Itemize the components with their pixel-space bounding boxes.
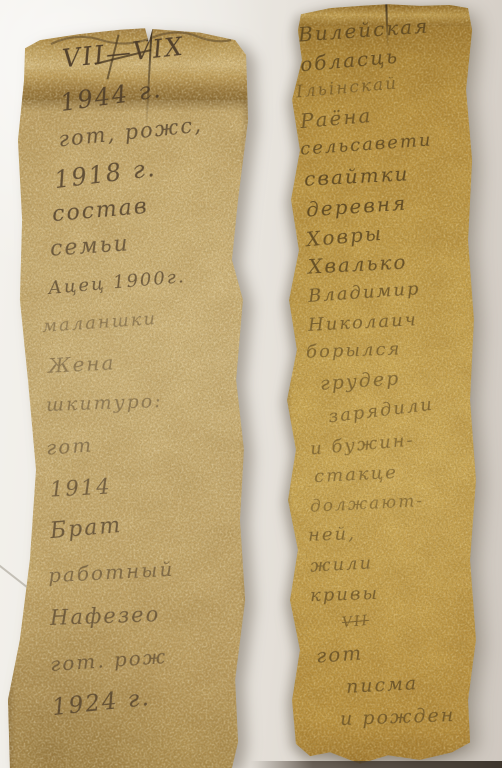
left-paper-strip: VII—VIX 1944 г. гот, рожс, 1918 г. соста… xyxy=(6,26,250,768)
handwritten-line-crossed-out: VII xyxy=(341,613,369,631)
right-paper-strip: Вилейская обласць Ільінскай Раёна сельса… xyxy=(282,2,484,766)
handwritten-line: и рожден xyxy=(340,704,456,730)
handwritten-line: борылся xyxy=(306,338,402,362)
right-paper: Вилейская обласць Ільінскай Раёна сельса… xyxy=(282,2,484,766)
handwritten-line: ней, xyxy=(308,523,357,546)
handwritten-line: писма xyxy=(345,672,418,698)
left-paper: VII—VIX 1944 г. гот, рожс, 1918 г. соста… xyxy=(6,26,250,768)
handwritten-line: стакце xyxy=(314,462,399,487)
handwritten-line: гот xyxy=(45,432,94,459)
handwritten-line: гот xyxy=(315,640,364,667)
handwritten-line: кривы xyxy=(310,583,380,606)
handwritten-line: жили xyxy=(309,552,373,576)
handwritten-line: шкитуро: xyxy=(46,390,163,416)
handwritten-line: 1914 xyxy=(49,474,112,501)
photo-bottom-edge xyxy=(250,761,502,768)
photo-of-two-paper-strips: VII—VIX 1944 г. гот, рожс, 1918 г. соста… xyxy=(0,0,502,768)
handwritten-line: Жена xyxy=(47,350,116,377)
handwritten-line: Нафезео xyxy=(50,602,161,630)
